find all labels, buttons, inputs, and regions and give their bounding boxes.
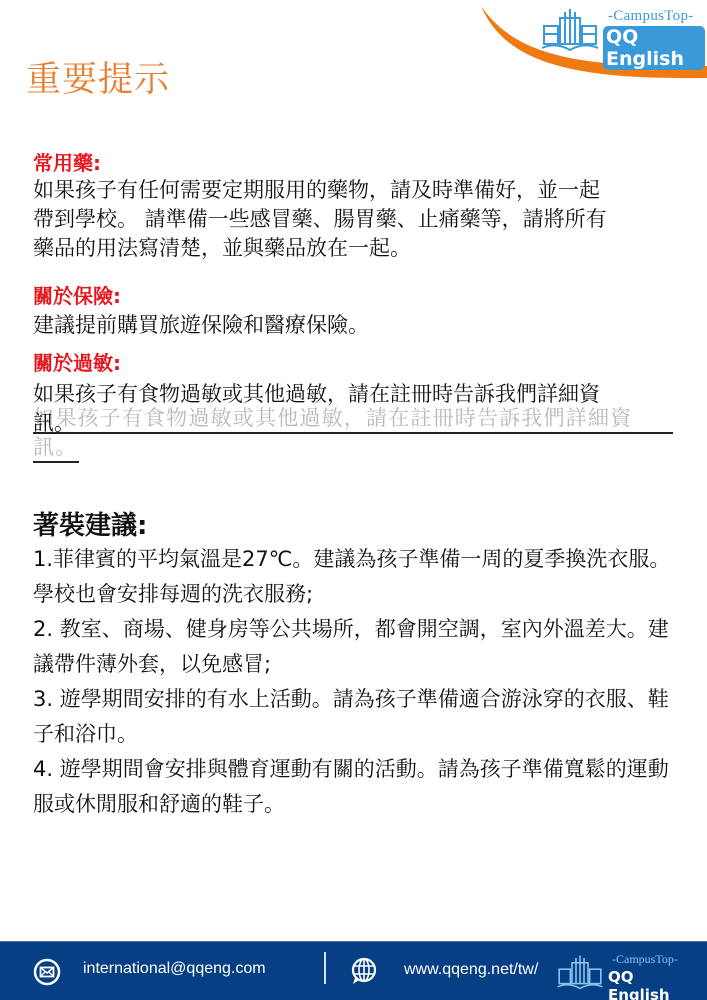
text-line: 如果孩子有任何需要定期服用的藥物，請及時準備好，並一起 <box>33 176 683 205</box>
footer-logo-brand: QQ English <box>608 968 696 1000</box>
heading-allergy: 關於過敏: <box>33 347 121 376</box>
campustop-qq-english-logo: -CampusTop- QQ English <box>540 6 705 56</box>
list-item: 4. 遊學期間會安排與體育運動有關的活動。請為孩子準備寬鬆的運動服或休閒服和舒適… <box>33 752 683 822</box>
underline <box>33 461 79 463</box>
globe-chat-icon <box>349 956 379 986</box>
footer-logo-tagline: -CampusTop- <box>612 952 678 967</box>
school-building-book-icon <box>556 954 604 994</box>
text-line: 建議提前購買旅遊保險和醫療保險。 <box>33 311 683 340</box>
logo-tagline: -CampusTop- <box>608 8 694 25</box>
list-item: 2. 教室、商場、健身房等公共場所，都會開空調，室內外溫差大。建議帶件薄外套，以… <box>33 612 683 682</box>
allergy-paragraph: 如果孩子有食物過敏或其他過敏，請在註冊時告訴我們詳細資 訊。 <box>33 380 683 438</box>
page-title: 重要提示 <box>26 52 170 102</box>
footer-logo: -CampusTop- QQ English <box>556 952 696 998</box>
logo-brand: QQ English <box>603 26 705 70</box>
footer-divider <box>324 952 326 984</box>
dress-suggestions-list: 1.菲律賓的平均氣溫是27℃。建議為孩子準備一周的夏季換洗衣服。學校也會安排每週… <box>33 542 683 822</box>
insurance-paragraph: 建議提前購買旅遊保險和醫療保險。 <box>33 311 683 340</box>
website-link[interactable]: www.qqeng.net/tw/ <box>404 961 538 979</box>
text-line: 藥品的用法寫清楚，並與藥品放在一起。 <box>33 234 683 263</box>
heading-common-medicine: 常用藥: <box>33 147 101 176</box>
text-line: 帶到學校。 請準備一些感冒藥、腸胃藥、止痛藥等，請將所有 <box>33 205 683 234</box>
footer-bar: international@qqeng.com www.qqeng.net/tw… <box>0 941 707 1000</box>
email-link[interactable]: international@qqeng.com <box>83 960 266 978</box>
list-item: 1.菲律賓的平均氣溫是27℃。建議為孩子準備一周的夏季換洗衣服。學校也會安排每週… <box>33 542 683 612</box>
medicine-paragraph: 如果孩子有任何需要定期服用的藥物，請及時準備好，並一起 帶到學校。 請準備一些感… <box>33 176 683 263</box>
heading-dress-suggestions: 著裝建議: <box>33 505 147 542</box>
school-building-book-icon <box>540 8 600 56</box>
text-line: 訊。 <box>33 409 683 438</box>
text-line: 如果孩子有食物過敏或其他過敏，請在註冊時告訴我們詳細資 <box>33 380 683 409</box>
list-item: 3. 遊學期間安排的有水上活動。請為孩子準備適合游泳穿的衣服、鞋子和浴巾。 <box>33 682 683 752</box>
mail-icon <box>33 958 61 986</box>
heading-insurance: 關於保險: <box>33 280 121 309</box>
